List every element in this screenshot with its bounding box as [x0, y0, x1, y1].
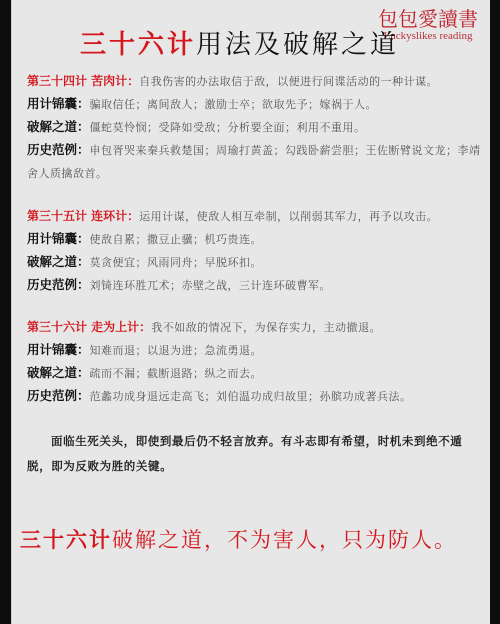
row-label: 用计锦囊： [27, 96, 90, 111]
document-page: 包包愛讀書 Luckyslikes reading 三十六计用法及破解之道 第三… [11, 0, 490, 624]
row-text: 骗取信任；离间敌人；激励士卒；欲取先予；嫁祸于人。 [90, 98, 378, 111]
section-header-line: 第三十六计 走为上计：我不如敌的情况下，为保存实力，主动撤退。 [27, 316, 482, 339]
section-stratagem-36: 第三十六计 走为上计：我不如敌的情况下，为保存实力，主动撤退。 用计锦囊：知难而… [27, 316, 482, 408]
section-stratagem-35: 第三十五计 连环计：运用计谋，使敌人相互牵制，以削弱其军力，再予以攻击。 用计锦… [27, 205, 482, 297]
section-summary: 自我伤害的办法取信于敌，以便进行间谍活动的一种计谋。 [139, 75, 438, 88]
section-header-line: 第三十五计 连环计：运用计谋，使敌人相互牵制，以削弱其军力，再予以攻击。 [27, 205, 482, 228]
row-tips: 用计锦囊：使敌自累；撒豆止骥；机巧贵连。 [27, 228, 482, 251]
section-summary: 我不如敌的情况下，为保存实力，主动撤退。 [151, 321, 381, 334]
row-text: 刘锜连环胜兀术；赤壁之战，三计连环破曹军。 [90, 279, 332, 292]
row-text: 莫贪便宜；风雨同舟；早脱环扣。 [90, 256, 263, 269]
row-text: 使敌自累；撒豆止骥；机巧贵连。 [90, 233, 263, 246]
title-red-part: 三十六计 [80, 30, 196, 60]
row-tips: 用计锦囊：骗取信任；离间敌人；激励士卒；欲取先予；嫁祸于人。 [27, 93, 482, 116]
watermark-brand-cn: 包包愛讀書 [378, 8, 478, 30]
slogan: 三十六计破解之道，不为害人，只为防人。 [20, 525, 490, 555]
section-header-line: 第三十四计 苦肉计：自我伤害的办法取信于敌，以便进行间谍活动的一种计谋。 [27, 70, 482, 93]
row-text: 僵蛇莫怜悯；受降如受敌；分析要全面；利用不重用。 [90, 121, 366, 134]
slogan-regular-part: 破解之道，不为害人，只为防人。 [112, 528, 457, 552]
row-history: 历史范例：申包胥哭来秦兵救楚国；周瑜打黄盖；勾践卧薪尝胆；王佐断臂说文龙；李靖舍… [27, 139, 482, 185]
title-black-part: 用法及破解之道 [196, 30, 399, 60]
row-counter: 破解之道：莫贪便宜；风雨同舟；早脱环扣。 [27, 251, 482, 274]
row-counter: 破解之道：疏而不漏；截断退路；纵之而去。 [27, 362, 482, 385]
section-stratagem-34: 第三十四计 苦肉计：自我伤害的办法取信于敌，以便进行间谍活动的一种计谋。 用计锦… [27, 70, 482, 185]
row-history: 历史范例：刘锜连环胜兀术；赤壁之战，三计连环破曹军。 [27, 274, 482, 297]
row-label: 历史范例： [27, 142, 90, 157]
closing-paragraph: 面临生死关头，即使到最后仍不轻言放弃。有斗志即有希望，时机未到绝不遁脱，即为反败… [27, 429, 482, 479]
row-tips: 用计锦囊：知难而退；以退为进；急流勇退。 [27, 339, 482, 362]
section-header: 第三十四计 苦肉计： [27, 74, 139, 88]
row-text: 疏而不漏；截断退路；纵之而去。 [90, 367, 263, 380]
row-label: 破解之道： [27, 254, 90, 269]
row-counter: 破解之道：僵蛇莫怜悯；受降如受敌；分析要全面；利用不重用。 [27, 116, 482, 139]
section-header: 第三十五计 连环计： [27, 209, 139, 223]
row-label: 历史范例： [27, 388, 90, 403]
row-label: 用计锦囊： [27, 342, 90, 357]
row-text: 知难而退；以退为进；急流勇退。 [90, 344, 263, 357]
slogan-bold-part: 三十六计 [20, 528, 112, 552]
row-text: 申包胥哭来秦兵救楚国；周瑜打黄盖；勾践卧薪尝胆；王佐断臂说文龙；李靖舍人质擒敌首… [27, 144, 481, 180]
page-title: 三十六计用法及破解之道 [80, 28, 399, 62]
row-history: 历史范例：范蠡功成身退远走高飞；刘伯温功成归故里；孙膑功成著兵法。 [27, 385, 482, 408]
section-header: 第三十六计 走为上计： [27, 320, 151, 334]
row-label: 破解之道： [27, 365, 90, 380]
row-label: 破解之道： [27, 119, 90, 134]
row-text: 范蠡功成身退远走高飞；刘伯温功成归故里；孙膑功成著兵法。 [90, 390, 412, 403]
row-label: 用计锦囊： [27, 231, 90, 246]
row-label: 历史范例： [27, 277, 90, 292]
section-summary: 运用计谋，使敌人相互牵制，以削弱其军力，再予以攻击。 [139, 210, 438, 223]
